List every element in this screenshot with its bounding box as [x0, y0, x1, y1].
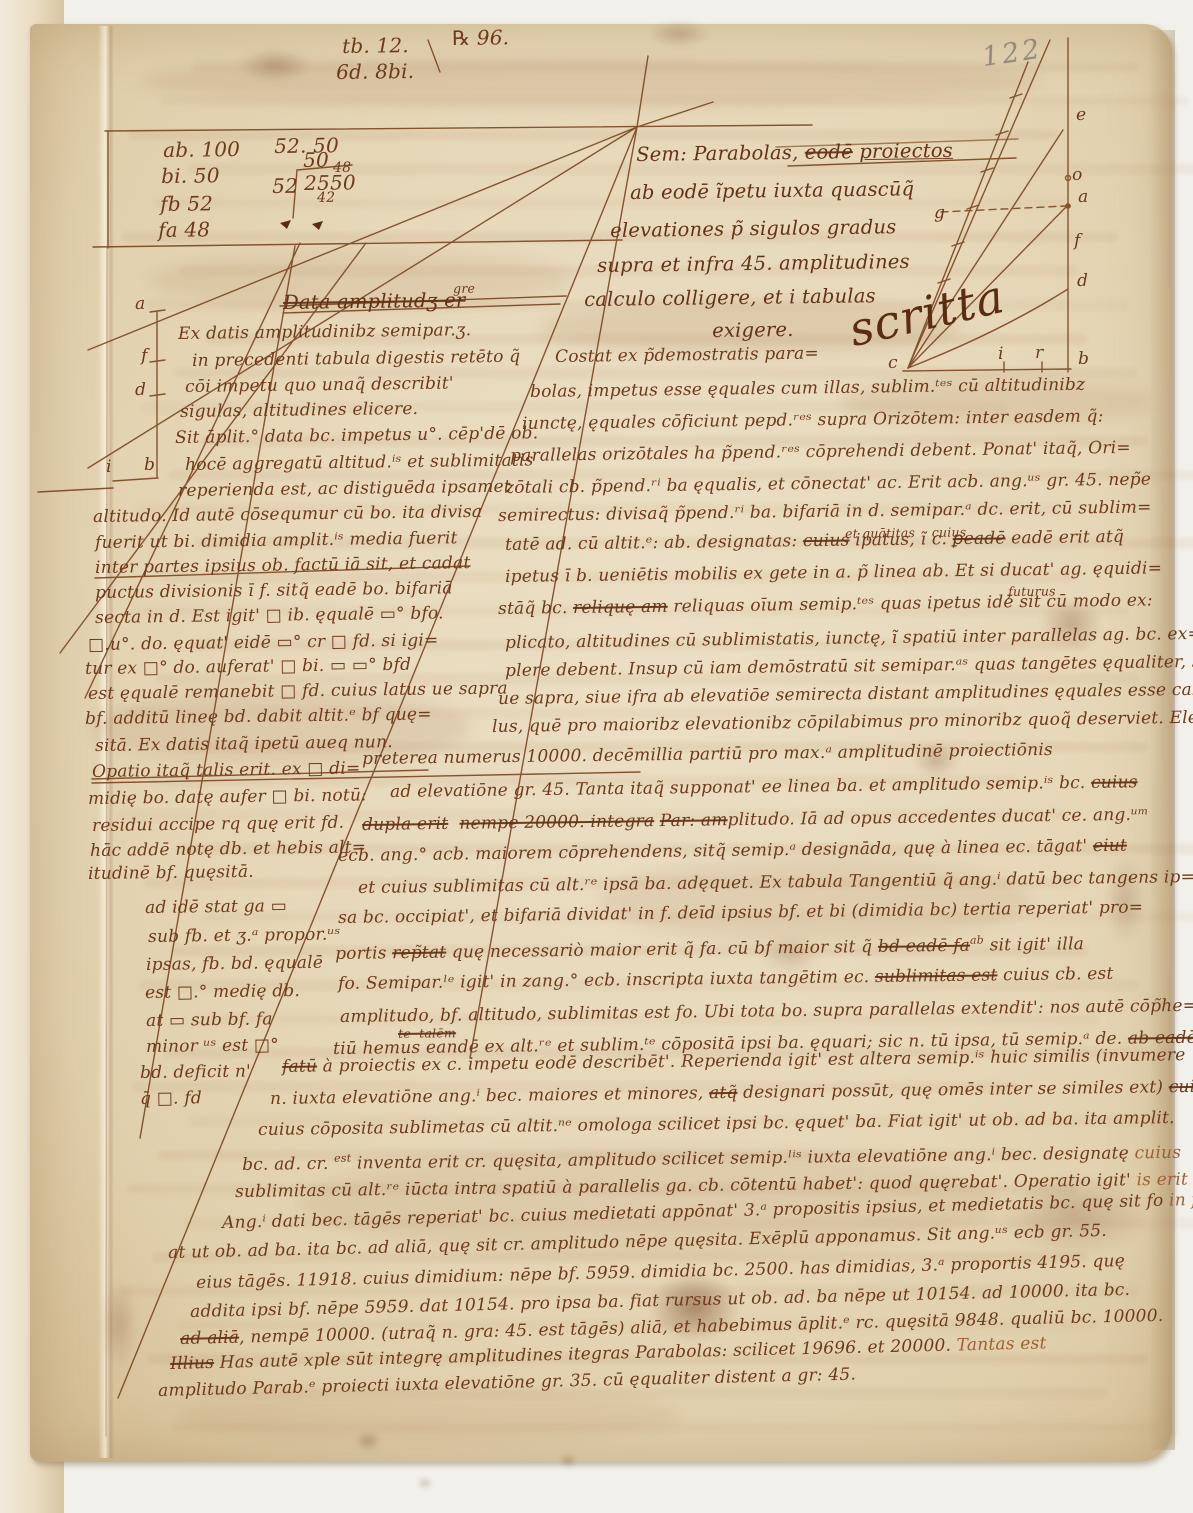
division-digit: 50 [303, 150, 329, 171]
figure-point-label: a [135, 296, 146, 314]
figure-point-label: f [1074, 233, 1081, 251]
figure-point-label: d [1077, 273, 1088, 291]
annotation-line: ℞ 96. [452, 27, 509, 49]
worktable-row: fa 48 [158, 219, 210, 241]
division-digit: 42 [317, 191, 335, 206]
left-column-line: hāc addē notę db. et hebis alt= [90, 839, 366, 860]
figure-point-label: c [888, 355, 898, 373]
heading-line: ab eodē ĩpetu iuxta quascūq̃ [630, 179, 914, 203]
figure-point-label: i [998, 346, 1004, 364]
margin-note-line: bd. deficit n' [140, 1064, 251, 1083]
figure-point-label: e [1076, 107, 1086, 125]
right-column-line: Costat ex p̃demostratis para= [555, 346, 819, 367]
figure-point-label: i [106, 459, 112, 477]
worktable-row: bi. 50 [161, 165, 220, 187]
left-column-line: residui accipe rq quę erit fd. [92, 815, 344, 836]
left-column-line: Data amplitudʒ er [283, 291, 466, 314]
figure-point-label: g [934, 205, 945, 223]
heading-line: calculo colligere, et i tabulas [584, 286, 876, 310]
left-column-line: Ex datis amplitudinibz semipar.ʒ. [178, 322, 471, 344]
margin-note-line: q̄ □. fd [140, 1090, 202, 1109]
heading-line: exigere. [712, 320, 794, 342]
figure-point-label: b [1078, 351, 1089, 369]
manuscript-scan: { "document": { "type": "handwritten man… [0, 0, 1193, 1513]
interline-insertion: et quātitas cuius [845, 525, 966, 540]
annotation-line: 6d. 8bi. [336, 61, 414, 83]
left-column-line: gre [453, 282, 475, 295]
left-column-line: sitā. Ex datis itaq̃ ipetū aueq nun. [95, 734, 393, 756]
heading-line: Sem: Parabolas, eodē proiectos [636, 141, 953, 166]
left-column-line: cōi impetu quo unaq̃ describit' [185, 375, 454, 396]
figure-point-label: b [144, 457, 155, 475]
left-column-line: midię bo. datę aufer □ bi. notū: [88, 787, 367, 808]
annotation-line: tb. 12. [342, 35, 409, 57]
figure-point-label: r [1035, 345, 1044, 363]
heading-line: elevationes p̃ sigulos gradus [610, 217, 897, 241]
margin-note-line: sub fb. et ʒ.ᵃ propor.ᵘˢ [148, 926, 341, 946]
margin-note-line: est □.° medię db. [145, 983, 300, 1003]
figure-point-label: o [1072, 167, 1083, 185]
annotation-slash [428, 40, 440, 72]
margin-note-line: at ▭ sub bf. fa [146, 1011, 273, 1030]
left-column-line: Opatio itaq̃ talis erit. ex □ di= [92, 760, 360, 781]
box-top-line [105, 125, 812, 131]
margin-note-line: minor ᵘˢ est □° [146, 1037, 279, 1057]
division-digit: 52 [272, 176, 298, 197]
margin-note-line: ad idē stat ga ▭ [145, 898, 287, 918]
division-feet-marks [280, 220, 323, 230]
interline-insertion: futurus [1008, 584, 1056, 598]
figure-point-label: f [141, 348, 148, 366]
worktable-row: ab. 100 [163, 139, 240, 161]
figure-point-label: a [1078, 189, 1089, 207]
worktable-row: fb 52 [160, 193, 213, 215]
left-column-line: itudinē bf. quęsitā. [88, 864, 254, 884]
margin-note-line: ipsas, fb. bd. ęqualē [146, 955, 323, 975]
left-column-line: sigulas, altitudines elicere. [180, 401, 418, 422]
figure-point-label: d [135, 382, 146, 400]
heading-line: supra et infra 45. amplitudines [597, 252, 910, 277]
